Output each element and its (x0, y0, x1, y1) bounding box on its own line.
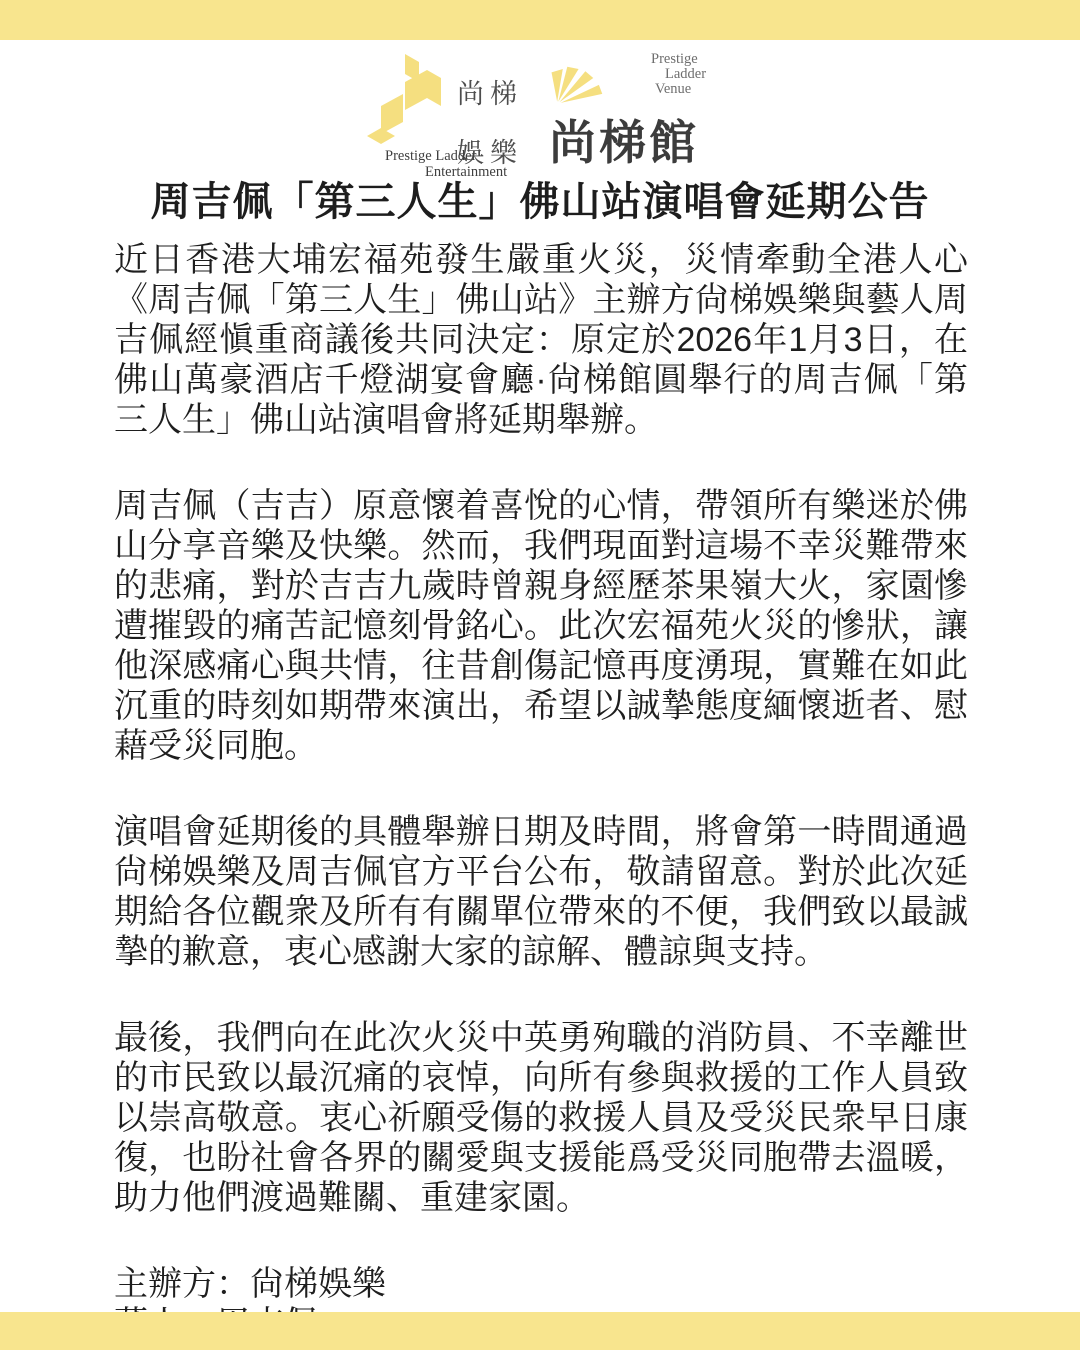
bottom-band (0, 1312, 1080, 1350)
entertainment-logo-cn-line1: 尚梯 (457, 78, 523, 111)
venue-logo-en-line1: Prestige (625, 52, 706, 67)
page-title: 周吉佩「第三人生」佛山站演唱會延期公告 (0, 170, 1080, 227)
venue-logo: Prestige Ladder Venue 尚梯館 (549, 52, 717, 173)
announcement-body: 近日香港大埔宏福苑發生嚴重火災，災情牽動全港人心《周吉佩「第三人生」佛山站》主辦… (114, 240, 968, 1344)
top-band (0, 0, 1080, 40)
venue-logo-en-line2: Ladder (625, 67, 706, 82)
paragraph-2: 周吉佩（吉吉）原意懷着喜悅的心情，帶領所有樂迷於佛山分享音樂及快樂。然而，我們現… (114, 486, 968, 766)
entertainment-logo: 尚梯 娛樂 Prestige Ladder Entertainment (363, 52, 523, 180)
venue-logo-en: Prestige Ladder Venue (625, 52, 706, 97)
sunburst-icon (549, 52, 611, 104)
paragraph-4: 最後，我們向在此次火災中英勇殉職的消防員、不幸離世的市民致以最沉痛的哀悼，向所有… (114, 1018, 968, 1218)
paragraph-1: 近日香港大埔宏福苑發生嚴重火災，災情牽動全港人心《周吉佩「第三人生」佛山站》主辦… (114, 240, 968, 440)
venue-logo-cn: 尚梯館 (549, 106, 717, 173)
staircase-icon (363, 52, 451, 156)
header: 尚梯 娛樂 Prestige Ladder Entertainment Pres… (0, 52, 1080, 180)
venue-logo-en-line3: Venue (625, 82, 706, 97)
paragraph-3: 演唱會延期後的具體舉辦日期及時間，將會第一時間通過尙梯娛樂及周吉佩官方平台公布，… (114, 812, 968, 972)
organizer-line: 主辦方：尙梯娛樂 (114, 1264, 968, 1304)
